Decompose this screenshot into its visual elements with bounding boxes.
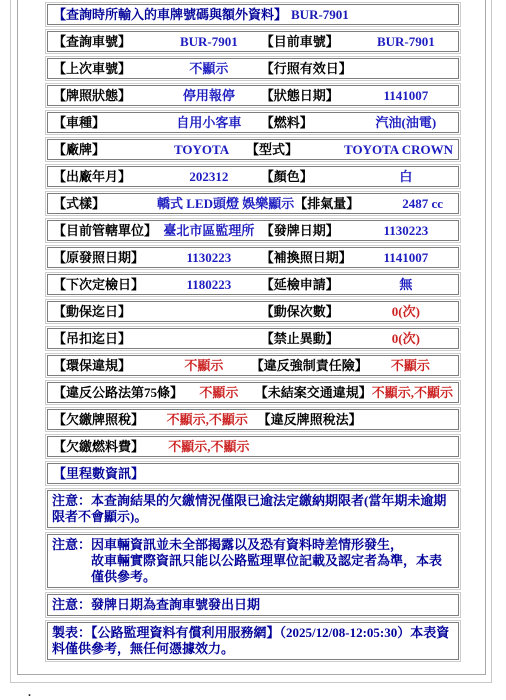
page: { "colors": { "value_blue": "#1c1cc0", "… [0,0,506,700]
note-row-1: 注意：本查詢結果的欠繳情況僅限已逾法定繳納期限者(當年期未逾期限者不會顯示)。 [47,490,459,528]
table-row: 【欠繳牌照稅】不顯示,不顯示【違反牌照稅法】 [47,409,459,430]
field-label: 【型式】 [246,142,344,157]
field-label: 【發牌日期】 [261,223,359,238]
field-label: 【下次定檢日】 [53,277,157,292]
table-row: 【出廠年月】202312【顏色】白 [47,166,459,187]
report-rows: 【查詢車號】BUR-7901【目前車號】BUR-7901【上次車號】不顯示【行照… [47,31,459,457]
field-label: 【動保迄日】 [53,304,157,319]
field-value: 不顯示 [368,358,453,373]
field-label: 【查詢車號】 [53,34,157,49]
field-label: 【目前管轄單位】 [53,223,157,238]
field-label: 【式樣】 [53,196,157,211]
query-header-row: 【查詢時所輸入的車牌號碼與額外資料】BUR-7901 [47,4,459,25]
field-value: 轎式 LED頭燈 娛樂顯示 [157,196,294,211]
footer-text: 【公路監理資料有償利用服務網】（2025/12/08-12:05:30）本表資料… [52,625,449,656]
inner-frame: 【查詢時所輸入的車牌號碼與額外資料】BUR-7901 【查詢車號】BUR-790… [17,0,486,675]
field-value: 1141007 [359,250,453,265]
trailing-dot: . [28,685,506,700]
field-label: 【延檢申請】 [261,277,359,292]
note-text: 發牌日期為查詢車號發出日期 [91,597,260,612]
table-row: 【違反公路法第75條】不顯示【未結案交通違規】不顯示,不顯示 [47,382,459,403]
field-label: 【牌照狀態】 [53,88,157,103]
field-value: 不顯示 [183,385,255,400]
table-row: 【目前管轄單位】臺北市區監理所【發牌日期】1130223 [47,220,459,241]
field-value: 不顯示,不顯示 [157,439,261,454]
field-value: 1180223 [157,277,261,292]
field-label: 【行照有效日】 [261,61,359,76]
table-row: 【欠繳燃料費】不顯示,不顯示 [47,436,459,457]
field-value: 自用小客車 [157,115,261,130]
note-prefix: 注意： [52,537,91,552]
note-text: 本查詢結果的欠繳情況僅限已逾法定繳納期限者(當年期未逾期限者不會顯示)。 [52,493,446,524]
table-row: 【環保違規】不顯示【違反強制責任險】不顯示 [47,355,459,376]
field-label: 【禁止異動】 [261,331,359,346]
field-value: 停用報停 [157,88,261,103]
field-label: 【排氣量】 [294,196,392,211]
field-label: 【違反強制責任險】 [251,358,368,373]
table-row: 【查詢車號】BUR-7901【目前車號】BUR-7901 [47,31,459,52]
field-label: 【出廠年月】 [53,169,157,184]
field-value: 1141007 [359,88,453,103]
field-value: 0(次) [359,304,453,319]
field-label: 【欠繳燃料費】 [53,439,157,454]
mileage-section-label: 【里程數資訊】 [53,466,144,481]
note-prefix: 注意： [52,597,91,612]
note-row-2: 注意：因車輛資訊並未全部揭露以及恐有資料時差情形發生， 故車輛實際資訊只能以公路… [47,534,459,588]
query-header-label: 【查詢時所輸入的車牌號碼與額外資料】 [53,7,287,22]
field-value: 臺北市區監理所 [157,223,261,238]
field-value: 白 [359,169,453,184]
field-label: 【廠牌】 [53,142,157,157]
table-row: 【牌照狀態】停用報停【狀態日期】1141007 [47,85,459,106]
field-value: 不顯示,不顯示 [372,385,453,400]
field-label: 【吊扣迄日】 [53,331,157,346]
query-header-value: BUR-7901 [291,7,349,22]
field-label: 【動保次數】 [261,304,359,319]
field-value: 0(次) [359,331,453,346]
field-value: 汽油(油電) [359,115,453,130]
field-label: 【燃料】 [261,115,359,130]
field-value: BUR-7901 [359,34,453,49]
field-value: 1130223 [359,223,453,238]
field-value: TOYOTA [157,142,246,157]
field-label: 【狀態日期】 [261,88,359,103]
outer-frame: 【查詢時所輸入的車牌號碼與額外資料】BUR-7901 【查詢車號】BUR-790… [10,0,492,683]
field-value: BUR-7901 [157,34,261,49]
field-value: 不顯示 [157,61,261,76]
field-label: 【目前車號】 [261,34,359,49]
field-label: 【未結案交通違規】 [255,385,372,400]
footer-row: 製表：【公路監理資料有償利用服務網】（2025/12/08-12:05:30）本… [47,622,459,660]
field-value: 202312 [157,169,261,184]
field-label: 【違反公路法第75條】 [53,385,183,400]
note-text-line2: 故車輛實際資訊只能以公路監理單位記載及認定者為準，本表僅供參考。 [52,553,454,585]
field-label: 【車種】 [53,115,157,130]
field-value: 不顯示 [157,358,251,373]
vehicle-report: 【查詢時所輸入的車牌號碼與額外資料】BUR-7901 【查詢車號】BUR-790… [47,4,459,660]
field-value: 無 [359,277,453,292]
mileage-section-header: 【里程數資訊】 [47,463,459,484]
table-row: 【上次車號】不顯示【行照有效日】 [47,58,459,79]
field-value: 2487 cc [392,196,453,211]
field-label: 【環保違規】 [53,358,157,373]
note-row-3: 注意：發牌日期為查詢車號發出日期 [47,594,459,616]
field-value: 不顯示,不顯示 [157,412,258,427]
field-label: 【違反牌照稅法】 [258,412,362,427]
field-label: 【顏色】 [261,169,359,184]
note-text-line1: 因車輛資訊並未全部揭露以及恐有資料時差情形發生， [91,537,403,552]
note-prefix: 注意： [52,493,91,508]
footer-prefix: 製表： [52,625,91,640]
field-label: 【欠繳牌照稅】 [53,412,157,427]
table-row: 【吊扣迄日】【禁止異動】0(次) [47,328,459,349]
field-value: TOYOTA CROWN [344,142,453,157]
table-row: 【式樣】轎式 LED頭燈 娛樂顯示【排氣量】2487 cc [47,193,459,214]
table-row: 【動保迄日】【動保次數】0(次) [47,301,459,322]
table-row: 【原發照日期】1130223【補換照日期】1141007 [47,247,459,268]
field-label: 【原發照日期】 [53,250,157,265]
table-row: 【車種】自用小客車【燃料】汽油(油電) [47,112,459,133]
field-label: 【上次車號】 [53,61,157,76]
table-row: 【下次定檢日】1180223【延檢申請】無 [47,274,459,295]
table-row: 【廠牌】TOYOTA【型式】TOYOTA CROWN [47,139,459,160]
field-value: 1130223 [157,250,261,265]
field-label: 【補換照日期】 [261,250,359,265]
